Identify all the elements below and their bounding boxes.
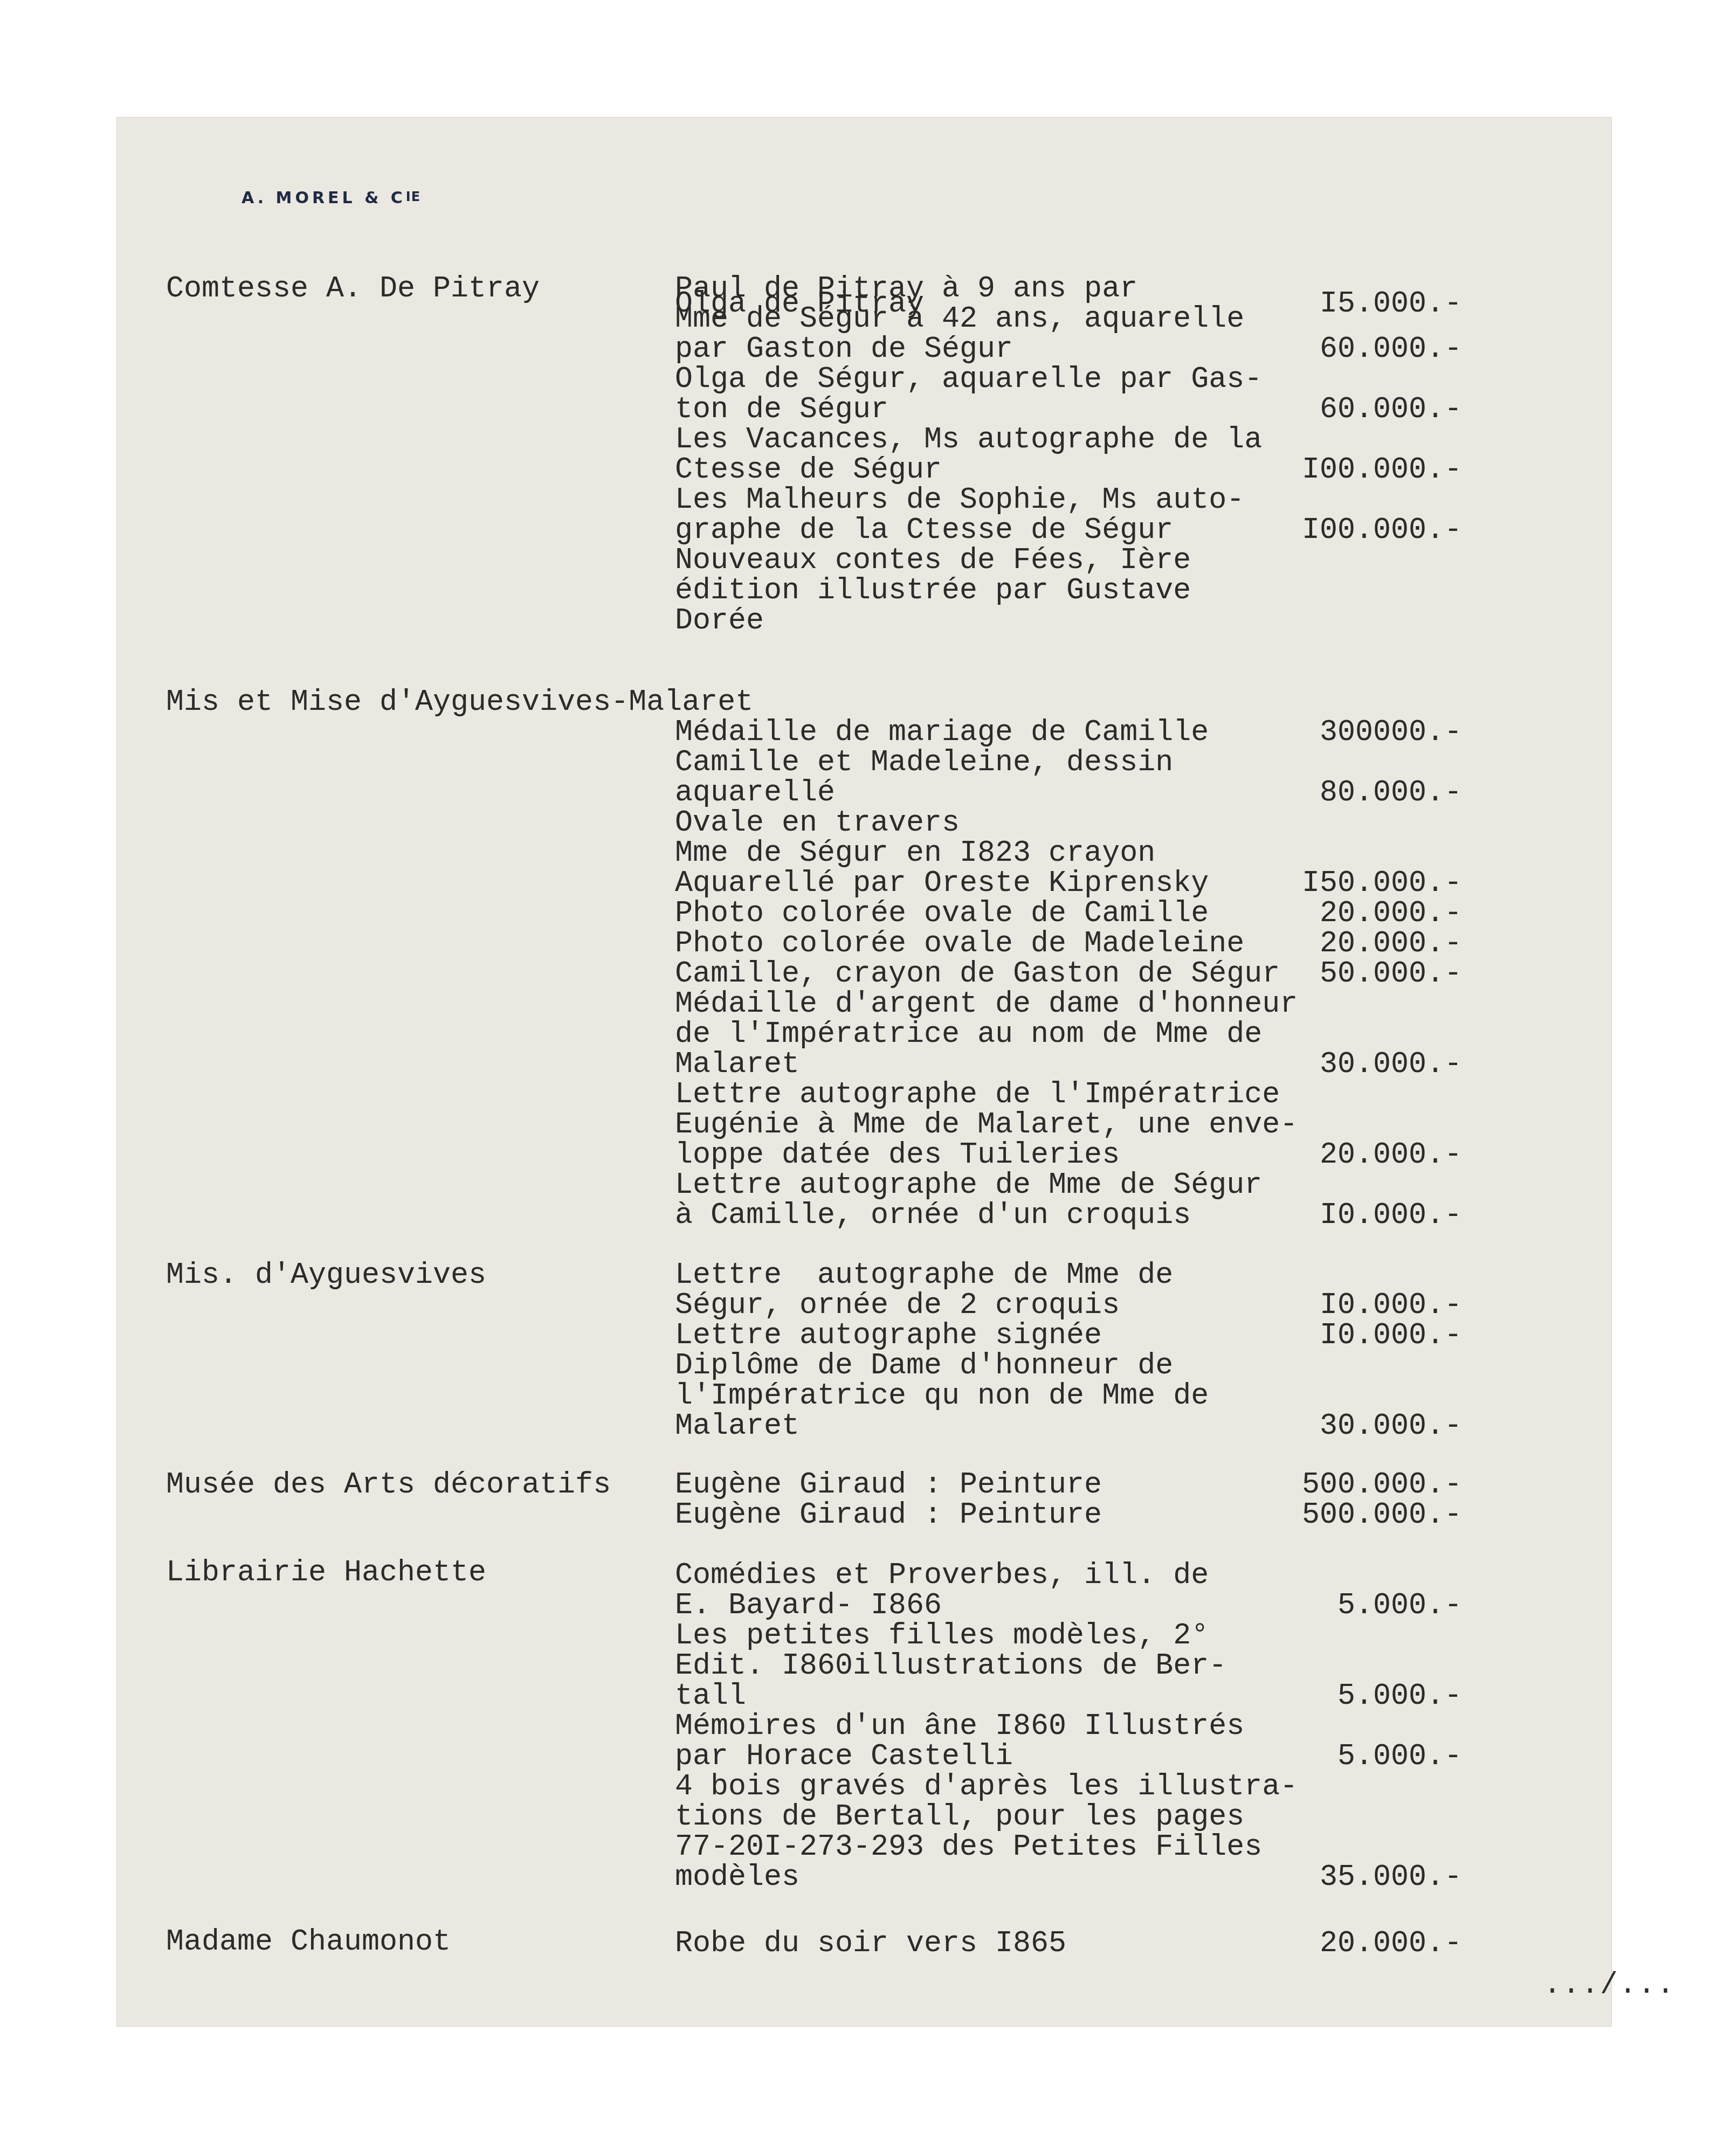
item-description: Médaille de mariage de Camille <box>675 717 1209 748</box>
item-list: Eugène Giraud : Peinture500.000.-Eugène … <box>675 1470 1462 1530</box>
item-description: Robe du soir vers I865 <box>675 1929 1066 1959</box>
item-line: Mémoires d'un âne I860 Illustrés <box>675 1711 1462 1742</box>
item-description: Ovale en travers <box>675 808 960 838</box>
item-line: ton de Ségur60.000.- <box>675 395 1462 425</box>
item-line: Eugène Giraud : Peinture500.000.- <box>675 1470 1462 1500</box>
item-description: Lettre autographe signée <box>675 1321 1102 1351</box>
item-amount: I00.000.- <box>1302 515 1462 545</box>
item-line: par Horace Castelli5.000.- <box>675 1742 1462 1772</box>
item-amount: 50.000.- <box>1320 959 1462 989</box>
donor-name: Librairie Hachette <box>166 1558 486 1588</box>
item-description: par Gaston de Ségur <box>675 334 1013 364</box>
item-list: Lettre autographe de Mme deSégur, ornée … <box>675 1260 1462 1441</box>
item-description: Camille, crayon de Gaston de Ségur <box>675 959 1280 989</box>
item-line: Dorée <box>675 606 1462 636</box>
donor-name: Comtesse A. De Pitray <box>166 274 540 304</box>
item-description: Camille et Madeleine, dessin <box>675 748 1173 778</box>
item-amount: 20.000.- <box>1320 1929 1462 1959</box>
item-description: Aquarellé par Oreste Kiprensky <box>675 868 1209 899</box>
item-amount: 60.000.- <box>1320 395 1462 425</box>
item-amount: 500.000.- <box>1302 1470 1462 1500</box>
item-line: Ctesse de SégurI00.000.- <box>675 455 1462 485</box>
item-line: Ségur, ornée de 2 croquisI0.000.- <box>675 1290 1462 1321</box>
item-line: de l'Impératrice au nom de Mme de <box>675 1019 1462 1049</box>
item-line: Lettre autographe signéeI0.000.- <box>675 1321 1462 1351</box>
item-amount: 20.000.- <box>1320 1140 1462 1170</box>
item-line: Mme de Ségur à 42 ans, aquarelle <box>675 304 1462 334</box>
item-description: Lettre autographe de Mme de <box>675 1260 1173 1290</box>
item-description: Mme de Ségur en I823 crayon <box>675 838 1155 868</box>
item-description: Les Malheurs de Sophie, Ms auto- <box>675 485 1244 515</box>
item-line: édition illustrée par Gustave <box>675 576 1462 606</box>
item-line: 77-20I-273-293 des Petites Filles <box>675 1832 1462 1862</box>
item-description: de l'Impératrice au nom de Mme de <box>675 1019 1262 1049</box>
item-line: 4 bois gravés d'après les illustra- <box>675 1772 1462 1802</box>
item-line: Paul de Pitray à 9 ans parOlga de Pitray… <box>675 274 1462 304</box>
item-description: Malaret <box>675 1049 799 1080</box>
item-amount: I50.000.- <box>1302 868 1462 899</box>
item-list: Comédies et Proverbes, ill. deE. Bayard-… <box>675 1560 1462 1892</box>
item-line: l'Impératrice qu non de Mme de <box>675 1381 1462 1411</box>
item-description: modèles <box>675 1862 799 1892</box>
item-description: loppe datée des Tuileries <box>675 1140 1120 1170</box>
item-line: Médaille de mariage de Camille300000.- <box>675 717 1462 748</box>
item-description: Edit. I860illustrations de Ber- <box>675 1651 1226 1681</box>
item-line: Diplôme de Dame d'honneur de <box>675 1351 1462 1381</box>
item-line: Malaret30.000.- <box>675 1049 1462 1080</box>
item-description: Photo colorée ovale de Madeleine <box>675 929 1244 959</box>
donor-name: Mis et Mise d'Ayguesvives-Malaret <box>166 687 753 717</box>
item-description: Ségur, ornée de 2 croquis <box>675 1290 1120 1321</box>
item-description: Ctesse de Ségur <box>675 455 942 485</box>
item-amount: 20.000.- <box>1320 929 1462 959</box>
item-amount: 30.000.- <box>1320 1049 1462 1080</box>
item-line: Lettre autographe de l'Impératrice <box>675 1080 1462 1110</box>
item-description: Diplôme de Dame d'honneur de <box>675 1351 1173 1381</box>
item-amount: 5.000.- <box>1337 1591 1462 1621</box>
item-line: Photo colorée ovale de Camille20.000.- <box>675 899 1462 929</box>
letterhead-suffix: IE <box>406 189 420 204</box>
donor-name: Mis. d'Ayguesvives <box>166 1260 486 1290</box>
item-line: Robe du soir vers I86520.000.- <box>675 1929 1462 1959</box>
item-line: graphe de la Ctesse de SégurI00.000.- <box>675 515 1462 545</box>
item-amount: 60.000.- <box>1320 334 1462 364</box>
item-description: Dorée <box>675 606 764 636</box>
item-description: E. Bayard- I866 <box>675 1591 942 1621</box>
item-description: graphe de la Ctesse de Ségur <box>675 515 1173 545</box>
item-line: Malaret30.000.- <box>675 1411 1462 1441</box>
donor-name: Musée des Arts décoratifs <box>166 1470 611 1500</box>
item-description: Mémoires d'un âne I860 Illustrés <box>675 1711 1244 1742</box>
item-description: Nouveaux contes de Fées, Ière <box>675 545 1191 576</box>
item-description: 4 bois gravés d'après les illustra- <box>675 1772 1298 1802</box>
item-amount: 35.000.- <box>1320 1862 1462 1892</box>
item-line: aquarellé80.000.- <box>675 778 1462 808</box>
item-amount: 20.000.- <box>1320 899 1462 929</box>
item-line: Les Malheurs de Sophie, Ms auto- <box>675 485 1462 515</box>
item-list: Paul de Pitray à 9 ans parOlga de Pitray… <box>675 274 1462 636</box>
item-description: tall <box>675 1681 746 1711</box>
item-description: par Horace Castelli <box>675 1742 1013 1772</box>
item-description: Lettre autographe de l'Impératrice <box>675 1080 1280 1110</box>
item-line: E. Bayard- I8665.000.- <box>675 1591 1462 1621</box>
item-description: 77-20I-273-293 des Petites Filles <box>675 1832 1262 1862</box>
item-line: Ovale en travers <box>675 808 1462 838</box>
continuation-mark: .../... <box>1543 1970 1675 2000</box>
item-line: Lettre autographe de Mme de <box>675 1260 1462 1290</box>
item-description: Mme de Ségur à 42 ans, aquarelle <box>675 304 1244 334</box>
item-line: Photo colorée ovale de Madeleine20.000.- <box>675 929 1462 959</box>
item-line: à Camille, ornée d'un croquisI0.000.- <box>675 1200 1462 1231</box>
item-description: Malaret <box>675 1411 799 1441</box>
item-amount: 80.000.- <box>1320 778 1462 808</box>
item-line: Les petites filles modèles, 2° <box>675 1621 1462 1651</box>
item-amount: I0.000.- <box>1320 1321 1462 1351</box>
item-line: Aquarellé par Oreste KiprenskyI50.000.- <box>675 868 1462 899</box>
item-description: Olga de Ségur, aquarelle par Gas- <box>675 364 1262 395</box>
item-line: Camille, crayon de Gaston de Ségur50.000… <box>675 959 1462 989</box>
item-line: Mme de Ségur en I823 crayon <box>675 838 1462 868</box>
item-line: loppe datée des Tuileries20.000.- <box>675 1140 1462 1170</box>
item-line: Médaille d'argent de dame d'honneur <box>675 989 1462 1019</box>
item-list: Robe du soir vers I86520.000.- <box>675 1929 1462 1959</box>
item-description: Médaille d'argent de dame d'honneur <box>675 989 1298 1019</box>
item-description: Les petites filles modèles, 2° <box>675 1621 1209 1651</box>
item-line: Camille et Madeleine, dessin <box>675 748 1462 778</box>
item-description: Eugène Giraud : Peinture <box>675 1500 1102 1530</box>
item-line: Olga de Ségur, aquarelle par Gas- <box>675 364 1462 395</box>
item-line: tall5.000.- <box>675 1681 1462 1711</box>
item-description: Lettre autographe de Mme de Ségur <box>675 1170 1262 1200</box>
item-description: à Camille, ornée d'un croquis <box>675 1200 1191 1231</box>
letterhead-name: A. MOREL & C <box>242 189 406 208</box>
item-line: Eugène Giraud : Peinture500.000.- <box>675 1500 1462 1530</box>
item-description: ton de Ségur <box>675 395 888 425</box>
item-description: Eugénie à Mme de Malaret, une enve- <box>675 1110 1298 1140</box>
item-description: Comédies et Proverbes, ill. de <box>675 1560 1209 1591</box>
item-line: Les Vacances, Ms autographe de la <box>675 425 1462 455</box>
donor-name: Madame Chaumonot <box>166 1927 451 1957</box>
item-description: Eugène Giraud : Peinture <box>675 1470 1102 1500</box>
item-amount: 30.000.- <box>1320 1411 1462 1441</box>
item-description: édition illustrée par Gustave <box>675 576 1191 606</box>
item-line: tions de Bertall, pour les pages <box>675 1802 1462 1832</box>
item-line: Lettre autographe de Mme de Ségur <box>675 1170 1462 1200</box>
item-amount: 5.000.- <box>1337 1742 1462 1772</box>
item-description: Les Vacances, Ms autographe de la <box>675 425 1262 455</box>
item-amount: 300000.- <box>1320 717 1462 748</box>
item-description: Photo colorée ovale de Camille <box>675 899 1209 929</box>
item-line: par Gaston de Ségur60.000.- <box>675 334 1462 364</box>
item-line: Eugénie à Mme de Malaret, une enve- <box>675 1110 1462 1140</box>
item-line: Nouveaux contes de Fées, Ière <box>675 545 1462 576</box>
item-line: Edit. I860illustrations de Ber- <box>675 1651 1462 1681</box>
item-description: tions de Bertall, pour les pages <box>675 1802 1244 1832</box>
item-amount: 500.000.- <box>1302 1500 1462 1530</box>
item-amount: 5.000.- <box>1337 1681 1462 1711</box>
item-description: aquarellé <box>675 778 835 808</box>
item-amount: I0.000.- <box>1320 1200 1462 1231</box>
item-line: Comédies et Proverbes, ill. de <box>675 1560 1462 1591</box>
item-amount: I0.000.- <box>1320 1290 1462 1321</box>
item-list: Médaille de mariage de Camille300000.-Ca… <box>675 717 1462 1231</box>
item-description: l'Impératrice qu non de Mme de <box>675 1381 1209 1411</box>
item-amount: I00.000.- <box>1302 455 1462 485</box>
item-line: modèles35.000.- <box>675 1862 1462 1892</box>
letterhead: A. MOREL & CIE <box>242 189 420 208</box>
